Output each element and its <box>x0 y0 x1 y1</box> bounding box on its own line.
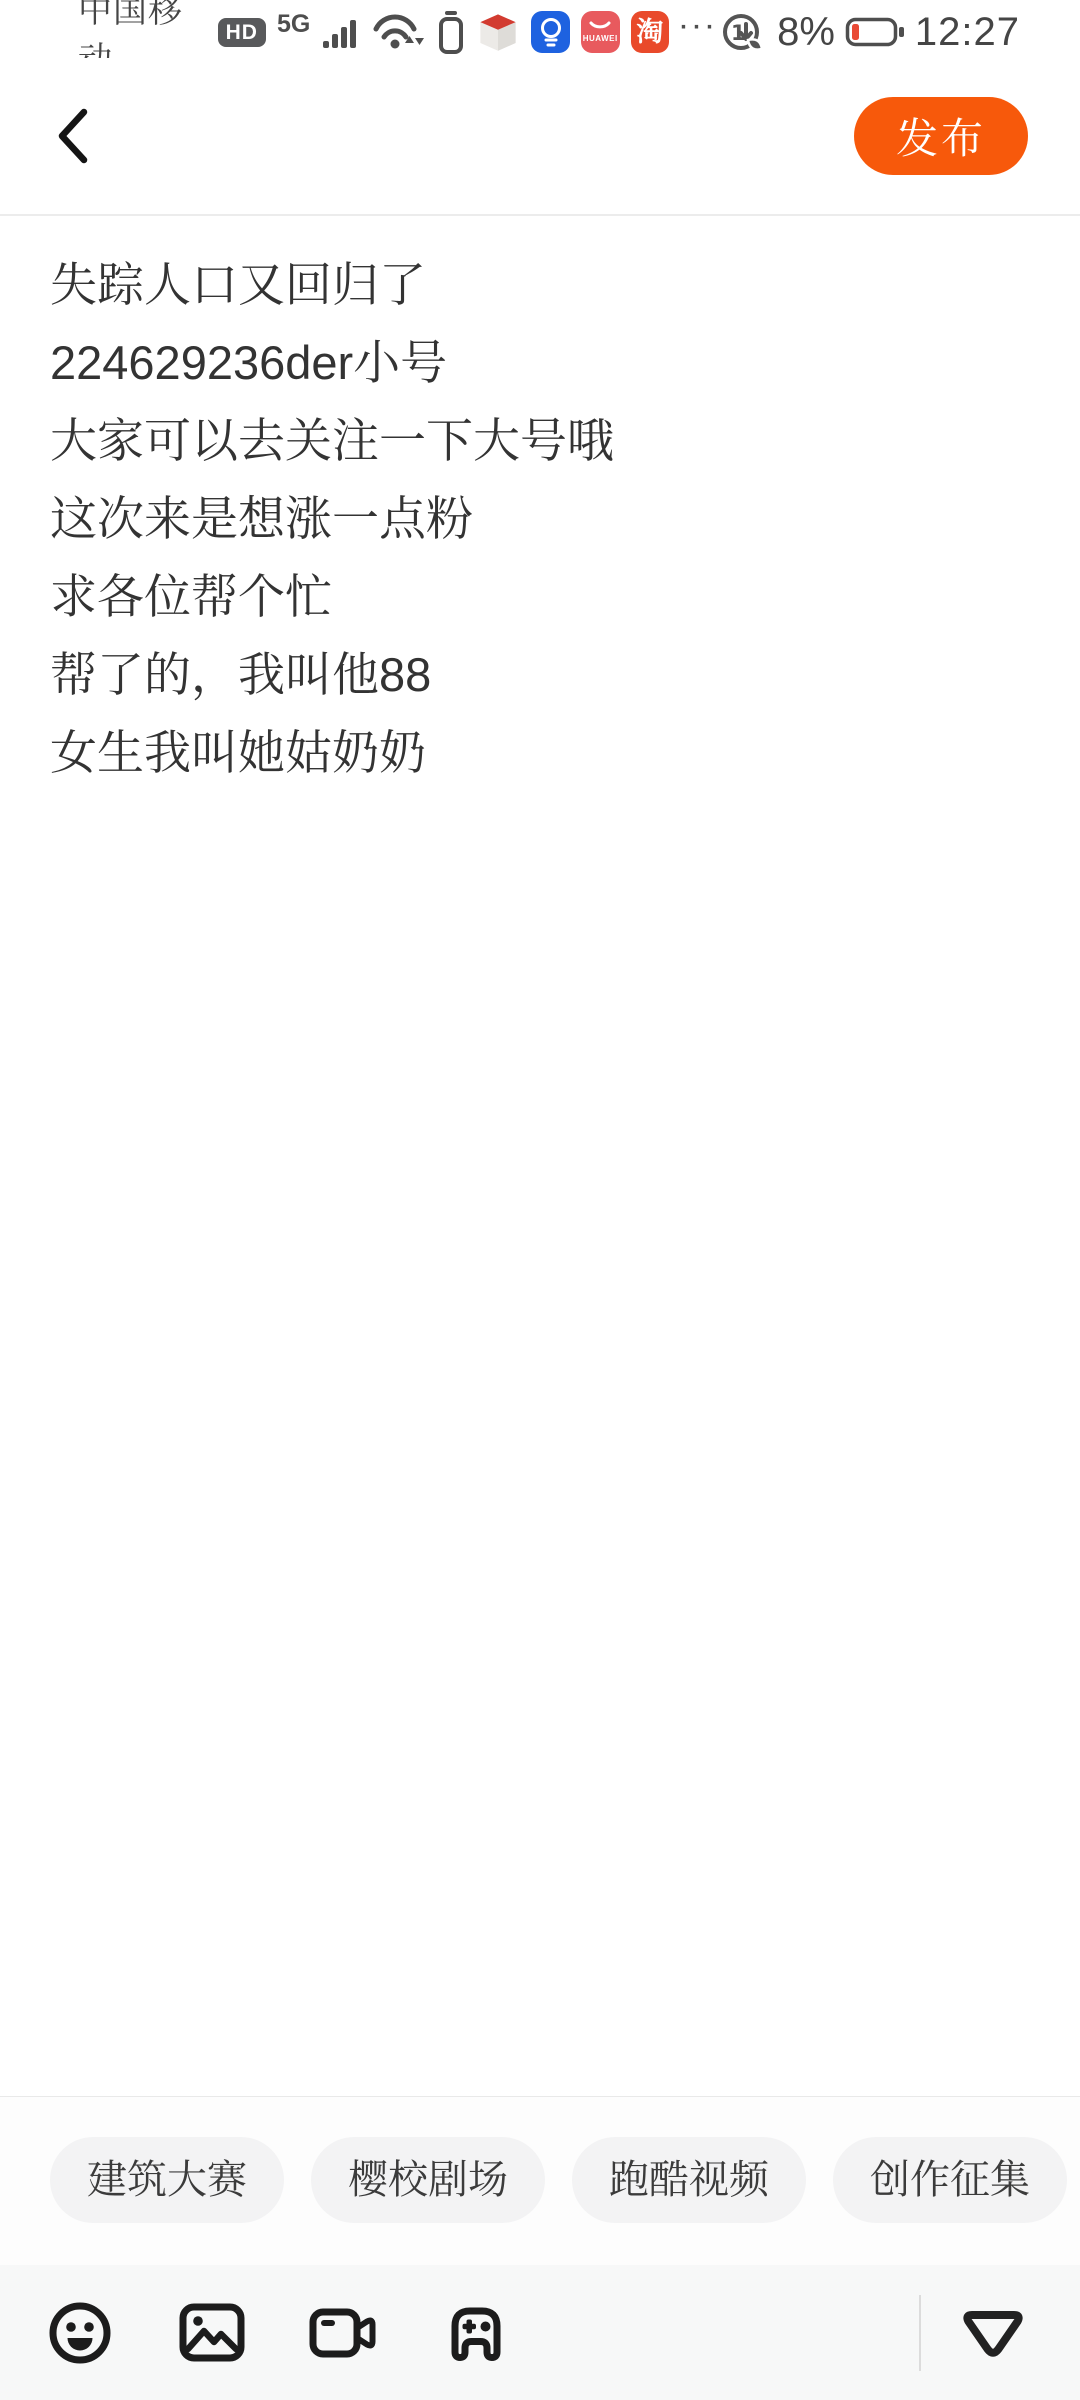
huawei-app-label: HUAWEI <box>583 34 618 43</box>
editor-text-line: 求各位帮个忙 <box>50 558 1030 636</box>
network-5g-label: 5G <box>277 10 310 39</box>
huawei-app-icon: HUAWEI <box>581 11 620 53</box>
editor-text-line: 大家可以去关注一下大号哦 <box>50 402 1030 480</box>
topic-chips-row: 建筑大赛 樱校剧场 跑酷视频 创作征集 <box>0 2137 1080 2223</box>
insert-video-button[interactable] <box>310 2299 378 2367</box>
topic-chip[interactable]: 创作征集 <box>833 2137 1067 2223</box>
taobao-app-icon: 淘 <box>631 11 670 53</box>
chevron-down-triangle-icon <box>962 2309 1024 2357</box>
image-icon <box>179 2303 245 2363</box>
publish-button[interactable]: 发布 <box>854 97 1028 175</box>
emoji-smiley-icon <box>47 2300 113 2366</box>
editor-toolbar <box>0 2265 1080 2400</box>
toolbar-right-group <box>919 2295 1080 2371</box>
status-right-cluster: 1 8% 12:27 <box>719 8 1020 56</box>
topic-chip[interactable]: 建筑大赛 <box>50 2137 284 2223</box>
editor-text-line: 女生我叫她姑奶奶 <box>50 714 1030 792</box>
clock-label: 12:27 <box>915 10 1020 55</box>
battery-percent-label: 8% <box>777 10 835 55</box>
bottom-panel: 建筑大赛 樱校剧场 跑酷视频 创作征集 <box>0 2096 1080 2400</box>
topic-chip[interactable]: 跑酷视频 <box>572 2137 806 2223</box>
editor-text-line: 224629236der小号 <box>50 324 1030 402</box>
collapse-keyboard-button[interactable] <box>961 2307 1025 2359</box>
editor-text-line: 帮了的，我叫他88 <box>50 636 1030 714</box>
status-bar: 中国移动 HD 5G <box>0 0 1080 58</box>
editor-text-line: 失踪人口又回归了 <box>50 246 1030 324</box>
power-saving-icon: 1 <box>719 8 767 56</box>
video-camera-icon <box>309 2304 379 2362</box>
battery-icon <box>845 16 905 48</box>
back-chevron-icon <box>52 106 96 166</box>
nav-bar: 发布 <box>0 58 1080 216</box>
phone-status-icon <box>437 9 465 55</box>
package-app-icon <box>476 10 520 54</box>
notification-overflow-dots: ··· <box>680 14 719 42</box>
back-button[interactable] <box>52 101 112 171</box>
toolbar-divider <box>919 2295 921 2371</box>
wifi-icon <box>372 13 426 51</box>
gamepad-icon <box>444 2302 508 2364</box>
signal-strength-icon <box>321 14 361 50</box>
insert-game-button[interactable] <box>442 2299 510 2367</box>
topic-chip[interactable]: 樱校剧场 <box>311 2137 545 2223</box>
post-content-editor[interactable]: 失踪人口又回归了 224629236der小号 大家可以去关注一下大号哦 这次来… <box>0 218 1080 2096</box>
insert-image-button[interactable] <box>178 2299 246 2367</box>
lightbulb-app-icon <box>531 11 570 53</box>
hd-badge: HD <box>218 18 266 47</box>
emoji-button[interactable] <box>46 2299 114 2367</box>
editor-text-line: 这次来是想涨一点粉 <box>50 480 1030 558</box>
taobao-glyph: 淘 <box>636 19 663 46</box>
